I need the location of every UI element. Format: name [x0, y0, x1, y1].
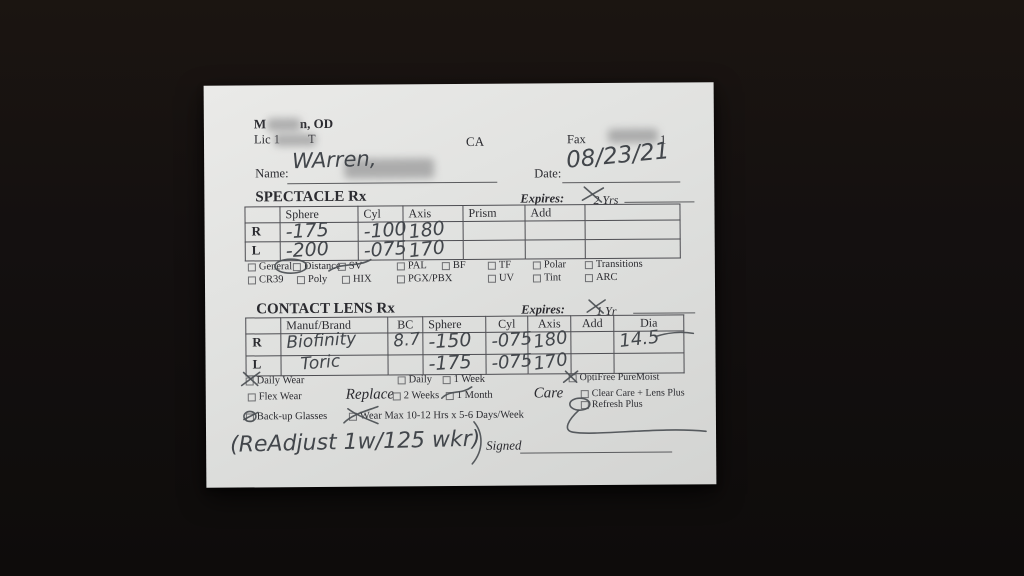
signed-label: Signed: [486, 438, 522, 454]
option-label: ARC: [596, 272, 618, 283]
option-label: UV: [499, 273, 514, 284]
checkbox-icon: [533, 261, 541, 269]
cl-l-dia: [614, 353, 684, 373]
pen-signature-swoosh: [567, 409, 706, 433]
contact-col-blank: [246, 318, 281, 334]
hw-note: (ReAdjust 1w/125 wkr): [230, 430, 481, 456]
hw-cl-r-dia: 14.5: [619, 330, 661, 351]
option-label: CR39: [259, 274, 284, 285]
checkbox-icon: [442, 262, 450, 270]
option-backup-glasses: Back-up Glasses: [246, 411, 327, 423]
checkbox-icon: [297, 276, 305, 284]
spectacle-row-l: L -200 -075 170: [245, 239, 680, 261]
option-label: Tint: [544, 272, 561, 283]
hw-cl-r-sphere: -150: [428, 332, 472, 352]
checkbox-icon: [397, 275, 405, 283]
option-label: PAL: [408, 260, 427, 271]
option-label: Polar: [544, 259, 566, 270]
option-label: Daily Wear: [257, 375, 305, 386]
row-label-r: R: [245, 223, 280, 242]
checkbox-icon: [338, 262, 346, 270]
option-wear-max: Wear Max 10-12 Hrs x 5-6 Days/Week: [349, 410, 524, 422]
option-care-optifree: OptiFree PureMoist: [569, 372, 660, 384]
contact-col-add: Add: [571, 315, 614, 331]
option-tint: Tint: [533, 272, 561, 283]
signed-underline: [520, 452, 672, 454]
option-transitions: Transitions: [585, 259, 643, 270]
option-sv: SV: [338, 261, 363, 272]
option-label: Refresh Plus: [592, 399, 643, 410]
option-label: Back-up Glasses: [257, 411, 327, 422]
hw-cl-l-axis: 170: [533, 352, 569, 373]
state-label: CA: [466, 134, 484, 150]
checkbox-icon: [397, 262, 405, 270]
row-label-l: L: [245, 242, 280, 261]
option-label: TF: [499, 260, 511, 271]
photo-scene: M n, OD Lic 1 T CA Fax 1 Name: WArren, D…: [0, 0, 1024, 576]
cl-r-add: [571, 331, 614, 353]
doctor-name-prefix: M: [254, 116, 266, 132]
cl-l-add: [571, 353, 614, 373]
option-care-refresh: Refresh Plus: [581, 399, 643, 410]
date-label: Date:: [534, 166, 561, 181]
checkbox-icon: [533, 274, 541, 282]
option-poly: Poly: [297, 274, 327, 285]
checkbox-icon: [248, 276, 256, 284]
option-label: OptiFree PureMoist: [580, 372, 660, 384]
checkbox-icon: [488, 261, 496, 269]
option-label: 1 Month: [457, 390, 493, 401]
option-uv: UV: [488, 273, 514, 284]
checkbox-icon: [246, 413, 254, 421]
checkbox-icon: [349, 412, 357, 420]
option-label: 1 Week: [454, 374, 485, 385]
option-polar: Polar: [533, 259, 566, 270]
option-label: Clear Care + Lens Plus: [592, 387, 685, 399]
checkbox-icon: [581, 390, 589, 398]
option-label: BF: [453, 260, 466, 271]
option-tf: TF: [488, 260, 511, 271]
option-label: Transitions: [596, 259, 643, 270]
checkbox-icon: [393, 392, 401, 400]
checkbox-icon: [585, 261, 593, 269]
option-replace-1week: 1 Week: [443, 374, 485, 385]
option-hix: HIX: [342, 274, 372, 285]
option-label: Poly: [308, 274, 327, 285]
checkbox-icon: [581, 401, 589, 409]
checkbox-icon: [446, 392, 454, 400]
checkbox-icon: [293, 263, 301, 271]
hw-cl-l-brand: Toric: [300, 354, 341, 372]
spectacle-col-blank: [245, 207, 280, 223]
hw-cl-r-axis: 180: [532, 330, 568, 351]
date-underline: [562, 181, 680, 183]
option-label: 2 Weeks: [404, 390, 439, 401]
spec-l-prism: [463, 240, 525, 259]
option-label: Daily: [409, 374, 432, 385]
row-label-l: L: [246, 356, 281, 376]
spectacle-table: Sphere Cyl Axis Prism Add R -175 -100 18…: [244, 203, 680, 261]
checkbox-icon: [246, 377, 254, 385]
spectacle-col-add: Add: [525, 205, 585, 221]
checkbox-icon: [443, 376, 451, 384]
checkbox-icon: [248, 393, 256, 401]
option-distance: Distance: [293, 261, 341, 272]
option-cr39: CR39: [248, 274, 284, 285]
spec-l-add: [525, 240, 585, 259]
option-replace-daily: Daily: [398, 374, 432, 385]
option-label: HIX: [353, 274, 372, 285]
option-care-clearcare: Clear Care + Lens Plus: [581, 387, 685, 399]
option-label: Distance: [304, 261, 341, 272]
name-label: Name:: [255, 166, 288, 181]
name-underline: [287, 182, 497, 184]
contact-expires-underline: [633, 312, 695, 313]
option-bf: BF: [442, 260, 466, 271]
option-arc: ARC: [585, 272, 618, 283]
option-flex-wear: Flex Wear: [248, 391, 302, 402]
spectacle-col-prism: Prism: [463, 205, 525, 221]
hw-spec-l-sphere: -200: [285, 241, 329, 261]
prescription-paper: M n, OD Lic 1 T CA Fax 1 Name: WArren, D…: [204, 82, 717, 488]
hw-date: 08/23/21: [565, 141, 670, 171]
option-label: Flex Wear: [259, 391, 302, 402]
hw-cl-r-bc: 8.7: [393, 332, 421, 350]
option-replace-2weeks: 2 Weeks: [393, 390, 439, 401]
redaction-blur-doctor: [267, 118, 301, 131]
fax-label: Fax: [567, 132, 586, 147]
hw-cl-r-brand: Biofinity: [286, 332, 357, 351]
spectacle-col-extra: [585, 204, 680, 221]
row-label-r: R: [246, 334, 281, 356]
option-pgx-pbx: PGX/PBX: [397, 273, 452, 284]
checkbox-icon: [585, 274, 593, 282]
hw-patient-name: WArren,: [292, 149, 377, 171]
spec-r-prism: [463, 221, 525, 240]
hw-spec-l-axis: 170: [408, 239, 446, 260]
hw-cl-r-cyl: -075: [491, 331, 533, 350]
checkbox-icon: [569, 374, 577, 382]
option-label: PGX/PBX: [408, 273, 452, 284]
redaction-blur-license: [274, 134, 316, 146]
option-daily-wear: Daily Wear: [246, 375, 305, 386]
option-replace-1month: 1 Month: [446, 390, 493, 401]
spec-r-add: [525, 221, 585, 240]
doctor-name-suffix: n, OD: [300, 116, 333, 132]
spectacle-title: SPECTACLE Rx: [255, 189, 366, 207]
replace-label: Replace: [346, 386, 394, 403]
checkbox-icon: [398, 376, 406, 384]
option-general: General: [248, 261, 292, 272]
option-label: General: [259, 261, 292, 272]
care-label: Care: [534, 385, 564, 402]
hw-cl-l-cyl: -075: [491, 353, 533, 372]
hw-spec-l-cyl: -075: [363, 240, 407, 260]
contact-table: Manuf/Brand BC Sphere Cyl Axis Add Dia R…: [245, 314, 684, 376]
checkbox-icon: [488, 274, 496, 282]
option-label: SV: [349, 261, 363, 272]
option-pal: PAL: [397, 260, 427, 271]
checkbox-icon: [342, 275, 350, 283]
checkbox-icon: [248, 263, 256, 271]
hw-cl-l-sphere: -175: [428, 354, 472, 374]
option-label: Wear Max 10-12 Hrs x 5-6 Days/Week: [360, 410, 524, 422]
